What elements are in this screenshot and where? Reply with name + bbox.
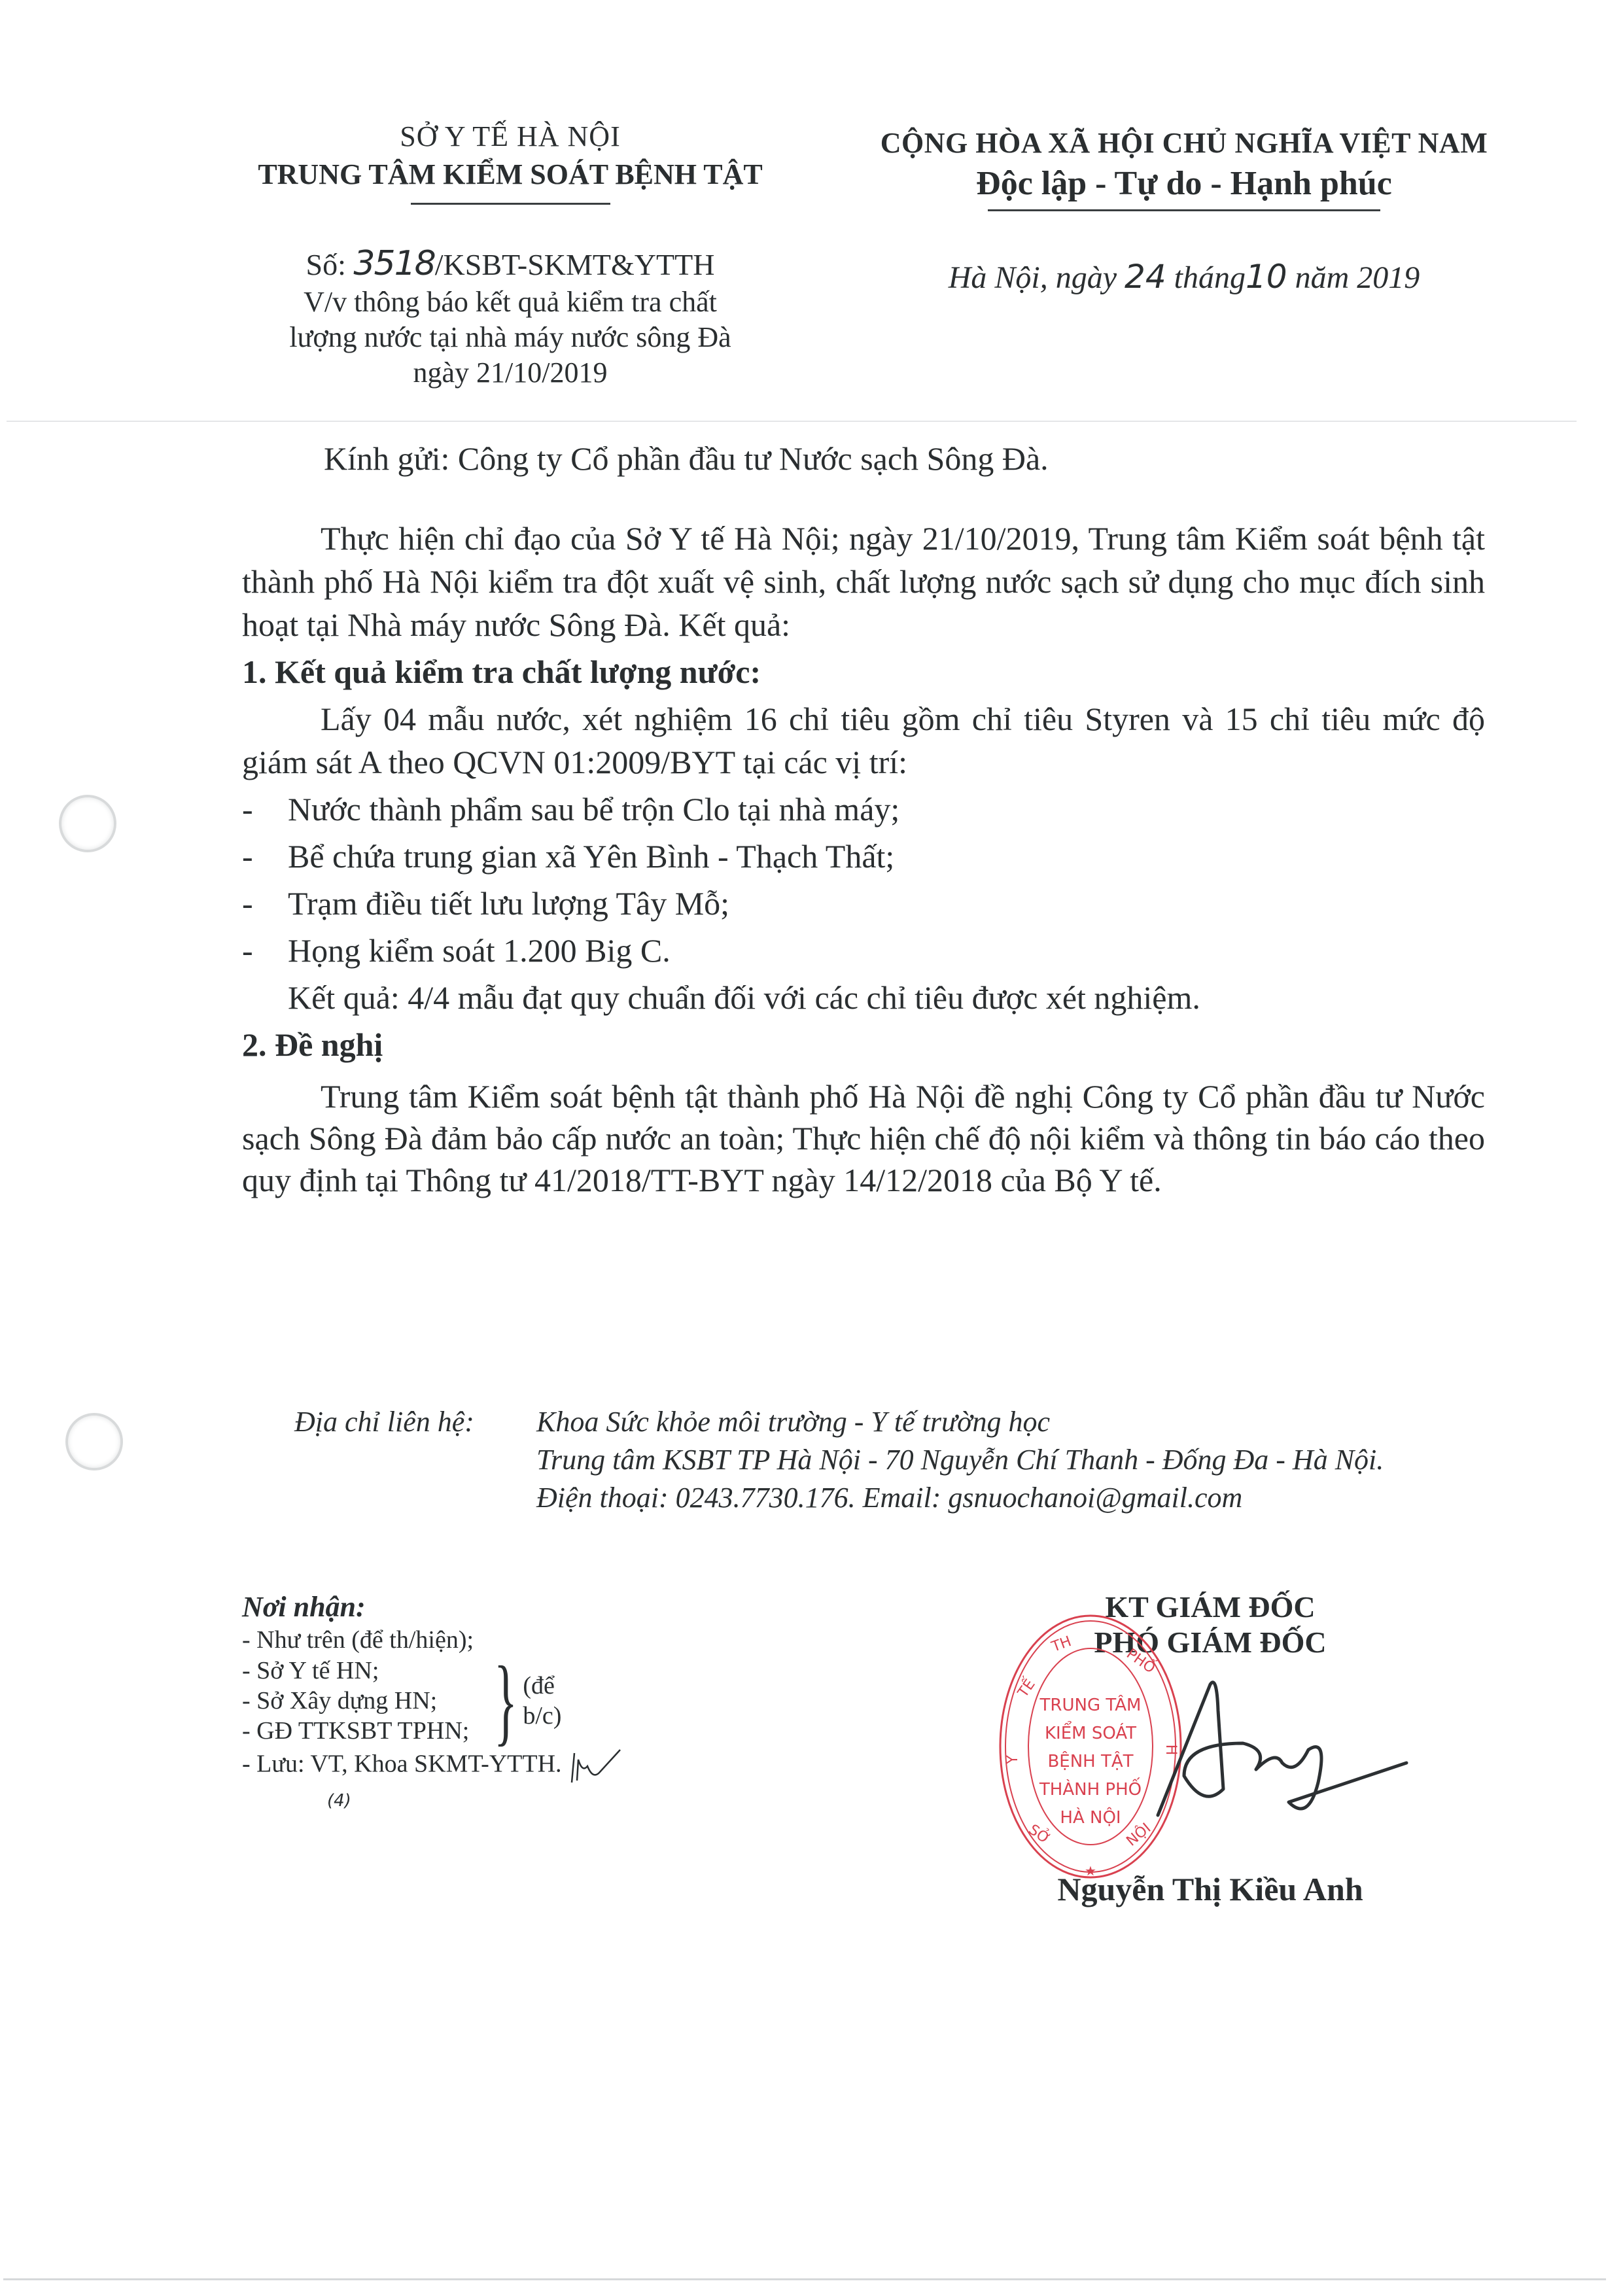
- nation-title: CỘNG HÒA XÃ HỘI CHỦ NGHĨA VIỆT NAM: [837, 124, 1531, 162]
- section-1-heading: 1. Kết quả kiểm tra chất lượng nước:: [242, 650, 1485, 693]
- punch-hole-top: [59, 795, 116, 852]
- handwritten-day: 24: [1125, 258, 1166, 296]
- issuer-block: SỞ Y TẾ HÀ NỘI TRUNG TÂM KIỂM SOÁT BỆNH …: [216, 118, 805, 391]
- svg-text:KIỂM SOÁT: KIỂM SOÁT: [1045, 1720, 1136, 1743]
- svg-text:BỆNH TẬT: BỆNH TẬT: [1047, 1750, 1133, 1771]
- recipient-archive: - Lưu: VT, Khoa SKMT-YTTH.: [242, 1747, 627, 1786]
- national-header: CỘNG HÒA XÃ HỘI CHỦ NGHĨA VIỆT NAM Độc l…: [837, 124, 1531, 298]
- svg-text:★: ★: [1085, 1863, 1096, 1879]
- svg-text:HÀ NỘI: HÀ NỘI: [1060, 1807, 1121, 1828]
- contact-label: Địa chỉ liên hệ:: [294, 1403, 536, 1441]
- recipient-group: - Sở Y tế HN; - Sở Xây dựng HN; - GĐ TTK…: [242, 1655, 627, 1747]
- section-1-paragraph: Lấy 04 mẫu nước, xét nghiệm 16 chỉ tiêu …: [242, 697, 1485, 784]
- motto-divider: [988, 209, 1380, 211]
- parent-agency: SỞ Y TẾ HÀ NỘI: [216, 118, 805, 156]
- recipients-block: Nơi nhận: - Như trên (để th/hiện); - Sở …: [242, 1590, 627, 1816]
- recipient-item: - Sở Y tế HN;: [242, 1656, 469, 1686]
- issuer-divider: [411, 203, 610, 205]
- recipient-item: - GĐ TTKSBT TPHN;: [242, 1716, 469, 1746]
- recipients-title: Nơi nhận:: [242, 1590, 627, 1625]
- contact-block: Địa chỉ liên hệ: Khoa Sức khỏe môi trườn…: [294, 1403, 1384, 1517]
- subject-line-1: V/v thông báo kết quả kiểm tra chất: [216, 285, 805, 320]
- initials-icon: [568, 1747, 627, 1786]
- agency-name: TRUNG TÂM KIỂM SOÁT BỆNH TẬT: [216, 156, 805, 194]
- contact-department: Khoa Sức khỏe môi trường - Y tế trường h…: [536, 1403, 1050, 1441]
- punch-hole-bottom: [65, 1413, 123, 1470]
- location-item: - Trạm điều tiết lưu lượng Tây Mỗ;: [242, 882, 1485, 925]
- subject-line-2: lượng nước tại nhà máy nước sông Đà: [216, 320, 805, 355]
- svg-text:THÀNH PHỐ: THÀNH PHỐ: [1039, 1777, 1142, 1800]
- letter-body: Thực hiện chỉ đạo của Sở Y tế Hà Nội; ng…: [242, 517, 1485, 1201]
- brace-icon: }: [494, 1655, 517, 1747]
- contact-address: Trung tâm KSBT TP Hà Nội - 70 Nguyễn Chí…: [536, 1441, 1384, 1479]
- group-note: (để b/c): [523, 1671, 561, 1731]
- scan-artifact-bottom-line: [3, 2278, 1606, 2280]
- section-2-paragraph: Trung tâm Kiểm soát bệnh tật thành phố H…: [242, 1075, 1485, 1201]
- location-item: - Họng kiểm soát 1.200 Big C.: [242, 929, 1485, 972]
- document-number: Số: 3518/KSBT-SKMT&YTTH: [216, 244, 805, 285]
- intro-paragraph: Thực hiện chỉ đạo của Sở Y tế Hà Nội; ng…: [242, 517, 1485, 646]
- handwritten-number: 3518: [353, 244, 434, 283]
- national-motto: Độc lập - Tự do - Hạnh phúc: [837, 162, 1531, 205]
- recipient-item: - Sở Xây dựng HN;: [242, 1686, 469, 1716]
- contact-phone-email: Điện thoại: 0243.7730.176. Email: gsnuoc…: [536, 1479, 1242, 1517]
- subject-line-3: ngày 21/10/2019: [216, 355, 805, 391]
- svg-text:TH: TH: [1049, 1633, 1073, 1656]
- handwritten-signature-icon: [1145, 1671, 1420, 1841]
- handwritten-month: 10: [1246, 258, 1287, 296]
- test-result: Kết quả: 4/4 mẫu đạt quy chuẩn đối với c…: [242, 976, 1485, 1019]
- salutation: Kính gửi: Công ty Cổ phần đầu tư Nước sạ…: [324, 437, 1049, 480]
- svg-text:Y: Y: [1005, 1755, 1021, 1765]
- location-item: - Bể chứa trung gian xã Yên Bình - Thạch…: [242, 835, 1485, 878]
- recipient-item: - Như trên (để th/hiện);: [242, 1625, 627, 1655]
- location-item: - Nước thành phẩm sau bể trộn Clo tại nh…: [242, 788, 1485, 831]
- handwritten-copy-count: (4): [327, 1786, 627, 1816]
- svg-text:TRUNG TÂM: TRUNG TÂM: [1039, 1694, 1142, 1715]
- scan-artifact-line: [7, 421, 1577, 422]
- section-2-heading: 2. Đề nghị: [242, 1023, 1485, 1066]
- issue-date: Hà Nội, ngày 24 tháng10 năm 2019: [837, 257, 1531, 298]
- svg-text:TẾ: TẾ: [1013, 1675, 1039, 1701]
